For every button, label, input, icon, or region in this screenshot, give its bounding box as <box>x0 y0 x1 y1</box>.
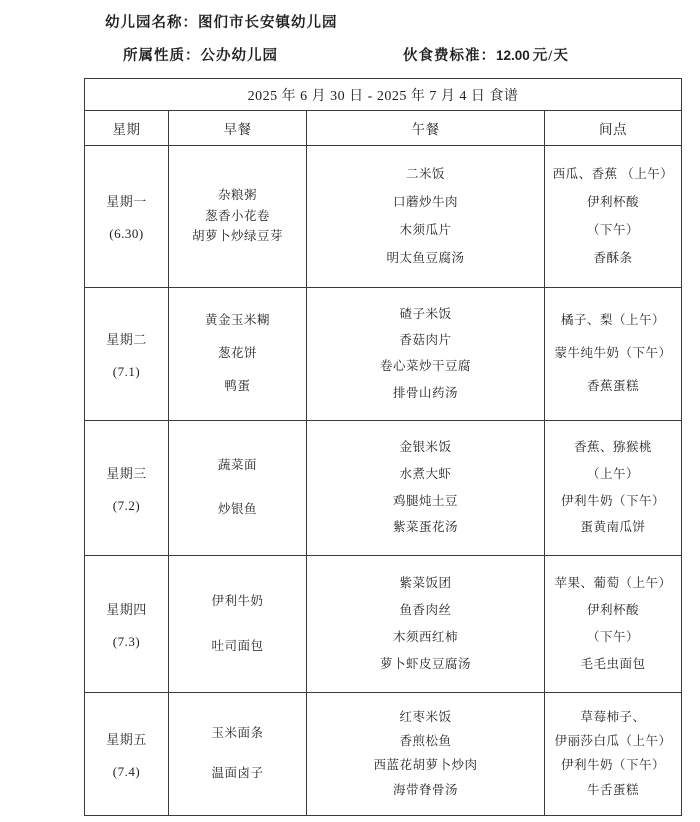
menu-item: 伊利牛奶（下午） <box>561 758 665 774</box>
menu-item: （下午） <box>587 223 639 239</box>
menu-item: 伊利杯酸 <box>587 195 639 211</box>
menu-item: 海带脊骨汤 <box>393 783 458 799</box>
snack-cell-wednesday: 香蕉、猕猴桃 （上午） 伊利牛奶（下午） 蛋黄南瓜饼 <box>545 421 682 556</box>
meal-fee-unit: 元/天 <box>533 48 569 64</box>
menu-item: 排骨山药汤 <box>393 386 458 402</box>
menu-item: （上午） <box>587 467 639 483</box>
menu-item: 杂粮粥 <box>218 188 257 204</box>
day-label: 星期一 <box>106 191 147 210</box>
day-cell-tuesday: 星期二 (7.1) <box>85 288 169 421</box>
menu-item: 水煮大虾 <box>399 467 451 483</box>
menu-table: 2025 年 6 月 30 日 - 2025 年 7 月 4 日 食谱 星期 早… <box>84 78 682 816</box>
menu-item: 炒银鱼 <box>218 502 257 518</box>
menu-item: 紫菜饭团 <box>399 576 451 592</box>
kindergarten-name-value: 图们市长安镇幼儿园 <box>198 15 338 31</box>
day-date: (7.1) <box>113 364 140 380</box>
menu-item: 苹果、葡萄（上午） <box>554 576 671 592</box>
menu-item: 蒙牛纯牛奶（下午） <box>554 346 671 362</box>
day-cell-thursday: 星期四 (7.3) <box>85 556 169 693</box>
menu-item: 香酥条 <box>593 251 632 267</box>
menu-item: 紫菜蛋花汤 <box>393 520 458 536</box>
day-label: 星期二 <box>106 329 147 348</box>
snack-cell-thursday: 苹果、葡萄（上午） 伊利杯酸 （下午） 毛毛虫面包 <box>545 556 682 693</box>
snack-cell-friday: 草莓柿子、 伊丽莎白瓜（上午） 伊利牛奶（下午） 牛舌蛋糕 <box>545 693 682 816</box>
menu-item: 鸡腿炖土豆 <box>393 494 458 510</box>
menu-item: 萝卜虾皮豆腐汤 <box>380 657 471 673</box>
menu-item: 葱花饼 <box>218 346 257 362</box>
lunch-cell-tuesday: 碴子米饭 香菇肉片 卷心菜炒干豆腐 排骨山药汤 <box>307 288 545 421</box>
menu-item: 口蘑炒牛肉 <box>393 195 458 211</box>
menu-item: 西蓝花胡萝卜炒肉 <box>373 758 477 774</box>
breakfast-cell-tuesday: 黄金玉米糊 葱花饼 鸭蛋 <box>169 288 307 421</box>
menu-item: 胡萝卜炒绿豆芽 <box>192 229 283 245</box>
lunch-cell-friday: 红枣米饭 香煎松鱼 西蓝花胡萝卜炒肉 海带脊骨汤 <box>307 693 545 816</box>
day-label: 星期四 <box>106 599 147 618</box>
meal-fee-label: 伙食费标准： <box>403 48 496 64</box>
menu-item: 香蕉、猕猴桃 <box>574 440 652 456</box>
kindergarten-name-label: 幼儿园名称： <box>105 15 198 31</box>
lunch-cell-thursday: 紫菜饭团 鱼香肉丝 木须西红柿 萝卜虾皮豆腐汤 <box>307 556 545 693</box>
menu-item: 香煎松鱼 <box>399 734 451 750</box>
day-label: 星期三 <box>106 463 147 482</box>
menu-item: 草莓柿子、 <box>580 710 645 726</box>
menu-item: 伊利牛奶（下午） <box>561 494 665 510</box>
menu-item: 碴子米饭 <box>399 307 451 323</box>
meal-fee-line: 伙食费标准：12.00元/天 <box>403 44 569 65</box>
menu-item: （下午） <box>587 630 639 646</box>
kindergarten-name-line: 幼儿园名称：图们市长安镇幼儿园 <box>105 11 338 32</box>
menu-item: 二米饭 <box>406 167 445 183</box>
day-date: (6.30) <box>109 226 143 242</box>
breakfast-cell-friday: 玉米面条 温面卤子 <box>169 693 307 816</box>
col-header-snack: 间点 <box>545 111 682 146</box>
menu-item: 毛毛虫面包 <box>580 657 645 673</box>
menu-item: 红枣米饭 <box>399 710 451 726</box>
menu-item: 玉米面条 <box>211 726 263 742</box>
day-date: (7.4) <box>113 764 140 780</box>
day-label: 星期五 <box>106 729 147 748</box>
menu-item: 黄金玉米糊 <box>205 313 270 329</box>
lunch-cell-wednesday: 金银米饭 水煮大虾 鸡腿炖土豆 紫菜蛋花汤 <box>307 421 545 556</box>
menu-item: 明太鱼豆腐汤 <box>386 251 464 267</box>
menu-title: 2025 年 6 月 30 日 - 2025 年 7 月 4 日 食谱 <box>85 79 682 111</box>
menu-item: 鱼香肉丝 <box>399 603 451 619</box>
col-header-day: 星期 <box>85 111 169 146</box>
day-cell-friday: 星期五 (7.4) <box>85 693 169 816</box>
menu-item: 蔬菜面 <box>218 458 257 474</box>
menu-item: 木须瓜片 <box>399 223 451 239</box>
menu-item: 卷心菜炒干豆腐 <box>380 359 471 375</box>
menu-item: 吐司面包 <box>211 639 263 655</box>
col-header-lunch: 午餐 <box>307 111 545 146</box>
menu-item: 橘子、梨（上午） <box>561 313 665 329</box>
menu-item: 香蕉蛋糕 <box>587 379 639 395</box>
ownership-label: 所属性质： <box>123 48 201 64</box>
snack-cell-monday: 西瓜、香蕉 （上午） 伊利杯酸 （下午） 香酥条 <box>545 146 682 288</box>
menu-item: 蛋黄南瓜饼 <box>580 520 645 536</box>
ownership-value: 公办幼儿园 <box>201 48 279 64</box>
menu-item: 牛舌蛋糕 <box>587 783 639 799</box>
menu-item: 伊利杯酸 <box>587 603 639 619</box>
meal-fee-amount: 12.00 <box>496 48 530 63</box>
breakfast-cell-thursday: 伊利牛奶 吐司面包 <box>169 556 307 693</box>
menu-document: 幼儿园名称：图们市长安镇幼儿园 所属性质：公办幼儿园 伙食费标准：12.00元/… <box>0 0 700 822</box>
col-header-breakfast: 早餐 <box>169 111 307 146</box>
breakfast-cell-wednesday: 蔬菜面 炒银鱼 <box>169 421 307 556</box>
menu-item: 温面卤子 <box>211 766 263 782</box>
day-date: (7.2) <box>113 498 140 514</box>
day-cell-monday: 星期一 (6.30) <box>85 146 169 288</box>
menu-item: 金银米饭 <box>399 440 451 456</box>
menu-item: 西瓜、香蕉 （上午） <box>553 167 674 183</box>
menu-item: 葱香小花卷 <box>205 209 270 225</box>
menu-item: 伊利牛奶 <box>211 594 263 610</box>
menu-item: 鸭蛋 <box>224 379 250 395</box>
menu-item: 木须西红柿 <box>393 630 458 646</box>
breakfast-cell-monday: 杂粮粥 葱香小花卷 胡萝卜炒绿豆芽 <box>169 146 307 288</box>
lunch-cell-monday: 二米饭 口蘑炒牛肉 木须瓜片 明太鱼豆腐汤 <box>307 146 545 288</box>
snack-cell-tuesday: 橘子、梨（上午） 蒙牛纯牛奶（下午） 香蕉蛋糕 <box>545 288 682 421</box>
menu-item: 香菇肉片 <box>399 333 451 349</box>
day-date: (7.3) <box>113 634 140 650</box>
day-cell-wednesday: 星期三 (7.2) <box>85 421 169 556</box>
ownership-line: 所属性质：公办幼儿园 <box>123 44 278 65</box>
menu-item: 伊丽莎白瓜（上午） <box>554 734 671 750</box>
